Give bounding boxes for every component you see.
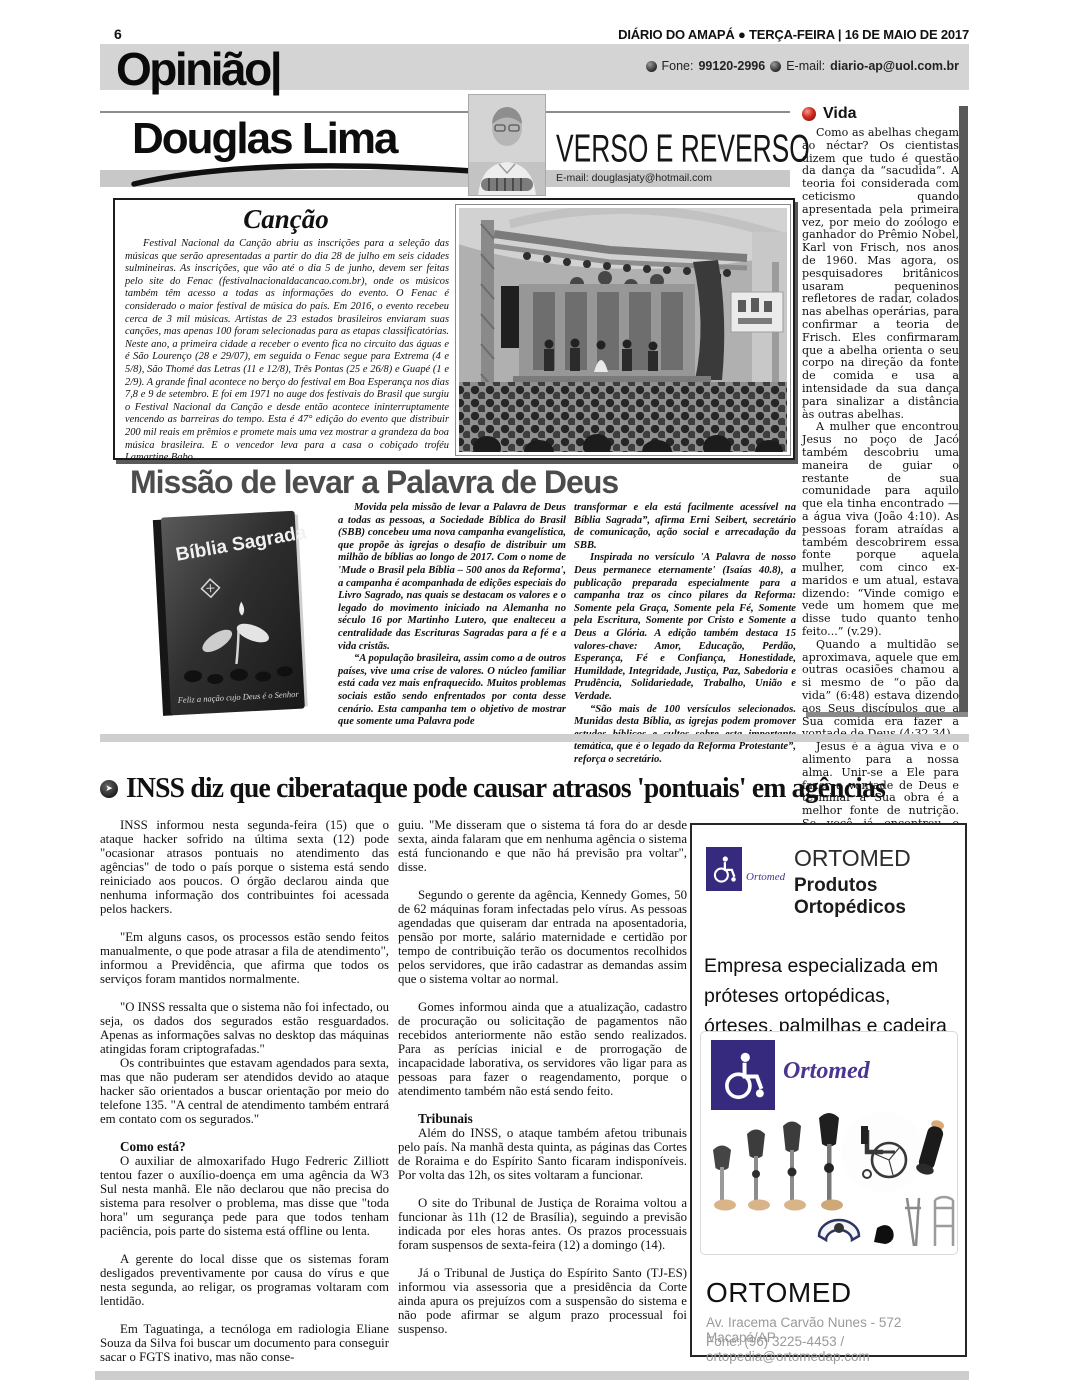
section-title: Opinião| (116, 42, 280, 96)
ortomed-script-large: Ortomed (783, 1058, 870, 1085)
swoosh-underline (128, 160, 478, 188)
subheading-como-esta: Como está? (100, 1140, 389, 1154)
paragraph: Em Taguatinga, a tecnóloga em radiologia… (100, 1322, 389, 1364)
email-bullet-icon (770, 61, 781, 72)
phone-bullet-icon (646, 61, 657, 72)
subheading-tribunais: Tribunais (398, 1112, 687, 1126)
section-divider (100, 734, 969, 742)
paragraph: Gomes informou ainda que a atualização, … (398, 1000, 687, 1098)
paragraph: Segundo o gerente da agência, Kennedy Go… (398, 888, 687, 986)
vida-column: Como as abelhas chegam ao néctar? Os cie… (802, 127, 959, 869)
newspaper-page: 6 DIÁRIO DO AMAPÁ ● TERÇA-FEIRA | 16 DE … (0, 0, 1069, 1383)
ad-brand-name: ORTOMED (794, 845, 911, 872)
column-title: VERSO E REVERSO (556, 126, 810, 171)
products-photo (701, 1112, 957, 1254)
inss-headline: INSS diz que ciberataque pode causar atr… (126, 772, 885, 805)
paragraph: Como as abelhas chegam ao néctar? Os cie… (802, 127, 959, 421)
fone-label: Fone: (662, 59, 694, 73)
inss-column-2: guiu. "Me disseram que o sistema tá fora… (398, 818, 687, 1350)
vida-target-icon (802, 107, 816, 121)
ortomed-logo-large (711, 1040, 775, 1110)
page-number: 6 (114, 26, 122, 42)
ortomed-ad: Ortomed ORTOMED Produtos Ortopédicos Emp… (690, 823, 967, 1357)
paragraph: A mulher que encontrou Jesus no poço de … (802, 421, 959, 639)
headline-bullet-icon: ➤ (100, 780, 118, 798)
paragraph: Quando a multidão se aproximava, aquele … (802, 639, 959, 741)
vida-bottom-rule (806, 712, 968, 717)
cancao-body: Festival Nacional da Canção abriu as ins… (125, 238, 449, 465)
columnist-email: E-mail: douglasjaty@hotmail.com (556, 172, 712, 184)
vida-title: Vida (823, 105, 857, 123)
vida-shadow-bar (959, 106, 968, 716)
paragraph: A gerente do local disse que os sistemas… (100, 1252, 389, 1308)
wheelchair-icon (711, 853, 737, 885)
ad-product-panel: Ortomed (700, 1031, 958, 1255)
paragraph: Já o Tribunal de Justiça do Espírito San… (398, 1266, 687, 1336)
paragraph: Além do INSS, o ataque também afetou tri… (398, 1126, 687, 1182)
bottom-rule (95, 1371, 969, 1380)
ortomed-logo-small (706, 847, 742, 891)
paragraph: Movida pela missão de levar a Palavra de… (338, 502, 566, 653)
columnist-name: Douglas Lima (132, 114, 397, 164)
cancao-article-box: Canção Festival Nacional da Canção abriu… (113, 198, 795, 460)
paragraph: Os contribuintes que estavam agendados p… (100, 1056, 389, 1126)
missao-column-1: Movida pela missão de levar a Palavra de… (338, 502, 566, 729)
missao-column-2: transformar e ela está facilmente acessí… (574, 502, 796, 766)
inss-headline-row: ➤ INSS diz que ciberataque pode causar a… (100, 772, 980, 805)
paragraph: O site do Tribunal de Justiça de Roraima… (398, 1196, 687, 1252)
email-label: E-mail: (786, 59, 825, 73)
masthead-rule (100, 111, 790, 113)
fone-number: 99120-2996 (698, 59, 765, 73)
inss-column-1: INSS informou nesta segunda-feira (15) q… (100, 818, 389, 1378)
paragraph: guiu. "Me disseram que o sistema tá fora… (398, 818, 687, 874)
missao-headline: Missão de levar a Palavra de Deus (130, 464, 618, 501)
ad-phone-email: Fone: (96) 3225-4453 / ortopedia@ortomed… (706, 1334, 965, 1364)
ad-footer-brand: ORTOMED (706, 1277, 852, 1309)
paragraph: "O INSS ressalta que o sistema não foi i… (100, 1000, 389, 1056)
section-band: Opinião| Fone: 99120-2996 E-mail: diario… (100, 44, 969, 90)
concert-photo (455, 204, 791, 456)
bible-book-image: Bíblia Sagrada Feliz a nação cujo Deus é… (146, 506, 322, 728)
ad-subtitle: Produtos Ortopédicos (794, 875, 965, 919)
vida-header: Vida (802, 105, 857, 123)
email-address: diario-ap@uol.com.br (830, 59, 959, 73)
paragraph: “A população brasileira, assim como a de… (338, 653, 566, 729)
edition-dateline: DIÁRIO DO AMAPÁ ● TERÇA-FEIRA | 16 DE MA… (618, 27, 969, 42)
columnist-photo (468, 94, 546, 196)
paragraph: INSS informou nesta segunda-feira (15) q… (100, 818, 389, 916)
cancao-title: Canção (125, 204, 447, 235)
paragraph: Inspirada no versículo 'A Palavra de nos… (574, 552, 796, 703)
paragraph: transformar e ela está facilmente acessí… (574, 502, 796, 552)
paragraph: O auxiliar de almoxarifado Hugo Fedreric… (100, 1154, 389, 1238)
wheelchair-icon (720, 1048, 766, 1102)
contact-line: Fone: 99120-2996 E-mail: diario-ap@uol.c… (646, 59, 959, 73)
paragraph: "Em alguns casos, os processos estão sen… (100, 930, 389, 986)
ortomed-script-small: Ortomed (746, 871, 785, 883)
paragraph: Festival Nacional da Canção abriu as ins… (125, 238, 449, 465)
